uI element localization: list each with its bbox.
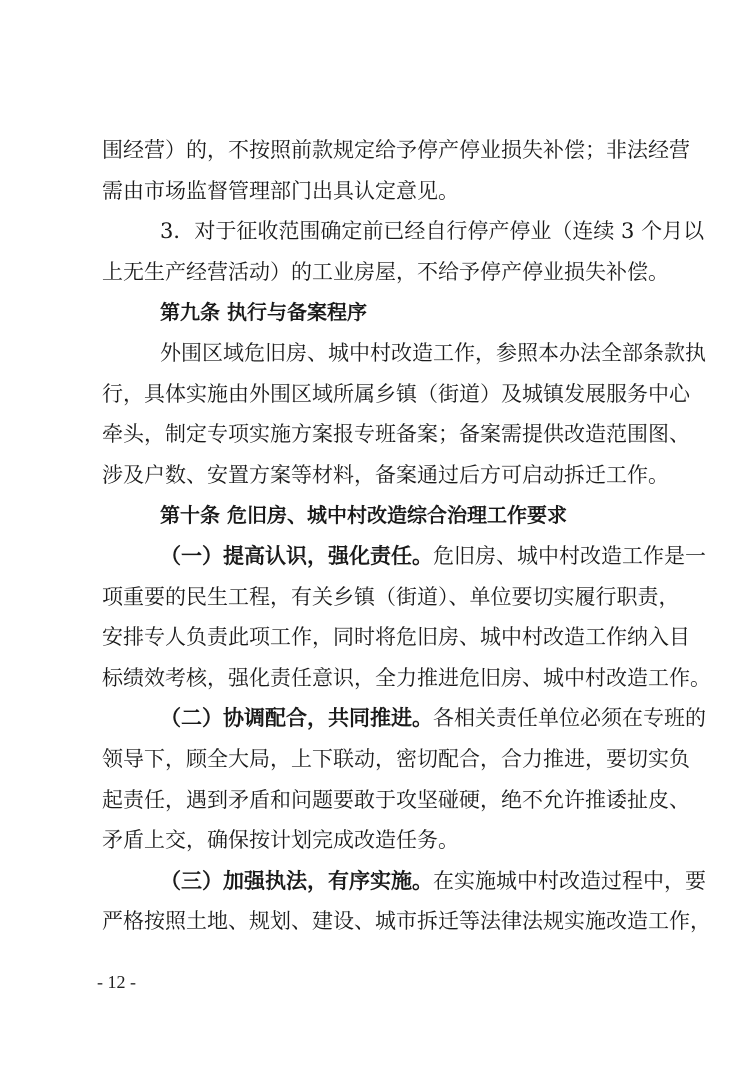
text-line: 矛盾上交，确保按计划完成改造任务。 bbox=[102, 820, 658, 861]
subsection-2-text: 各相关责任单位必须在专班的 bbox=[433, 706, 706, 730]
list-item-3-line: 3．对于征收范围确定前已经自行停产停业（连续 3 个月以 bbox=[102, 211, 658, 252]
subsection-3-title: （三）加强执法，有序实施。 bbox=[160, 868, 433, 893]
subsection-1-text: 危旧房、城中村改造工作是一 bbox=[433, 544, 706, 568]
text-line: 需由市场监督管理部门出具认定意见。 bbox=[102, 171, 658, 212]
subsection-1-title: （一）提高认识，强化责任。 bbox=[160, 543, 433, 568]
subsection-1-first-line: （一）提高认识，强化责任。危旧房、城中村改造工作是一 bbox=[102, 536, 658, 577]
text-line: 外围区域危旧房、城中村改造工作，参照本办法全部条款执 bbox=[102, 333, 658, 374]
text-line: 涉及户数、安置方案等材料，备案通过后方可启动拆迁工作。 bbox=[102, 455, 658, 496]
text-line: 项重要的民生工程，有关乡镇（街道）、单位要切实履行职责， bbox=[102, 577, 658, 618]
text-line: 领导下，顾全大局，上下联动，密切配合，合力推进，要切实负 bbox=[102, 739, 658, 780]
subsection-3-first-line: （三）加强执法，有序实施。在实施城中村改造过程中，要 bbox=[102, 861, 658, 902]
article-10-heading: 第十条 危旧房、城中村改造综合治理工作要求 bbox=[102, 495, 658, 536]
subsection-2-title: （二）协调配合，共同推进。 bbox=[160, 705, 433, 730]
text-line: 标绩效考核，强化责任意识，全力推进危旧房、城中村改造工作。 bbox=[102, 658, 658, 699]
text-line: 上无生产经营活动）的工业房屋，不给予停产停业损失补偿。 bbox=[102, 252, 658, 293]
page-number: - 12 - bbox=[97, 972, 136, 993]
text-line: 起责任，遇到矛盾和问题要敢于攻坚碰硬，绝不允许推诿扯皮、 bbox=[102, 780, 658, 821]
text-line: 行，具体实施由外围区域所属乡镇（街道）及城镇发展服务中心 bbox=[102, 374, 658, 415]
subsection-2-first-line: （二）协调配合，共同推进。各相关责任单位必须在专班的 bbox=[102, 698, 658, 739]
text-line: 牵头，制定专项实施方案报专班备案；备案需提供改造范围图、 bbox=[102, 414, 658, 455]
subsection-3-text: 在实施城中村改造过程中，要 bbox=[433, 869, 706, 893]
text-line: 安排专人负责此项工作，同时将危旧房、城中村改造工作纳入目 bbox=[102, 617, 658, 658]
text-line: 围经营）的，不按照前款规定给予停产停业损失补偿；非法经营 bbox=[102, 130, 658, 171]
article-9-heading: 第九条 执行与备案程序 bbox=[102, 292, 658, 333]
document-page: 围经营）的，不按照前款规定给予停产停业损失补偿；非法经营 需由市场监督管理部门出… bbox=[102, 130, 658, 942]
text-line: 严格按照土地、规划、建设、城市拆迁等法律法规实施改造工作， bbox=[102, 901, 658, 942]
